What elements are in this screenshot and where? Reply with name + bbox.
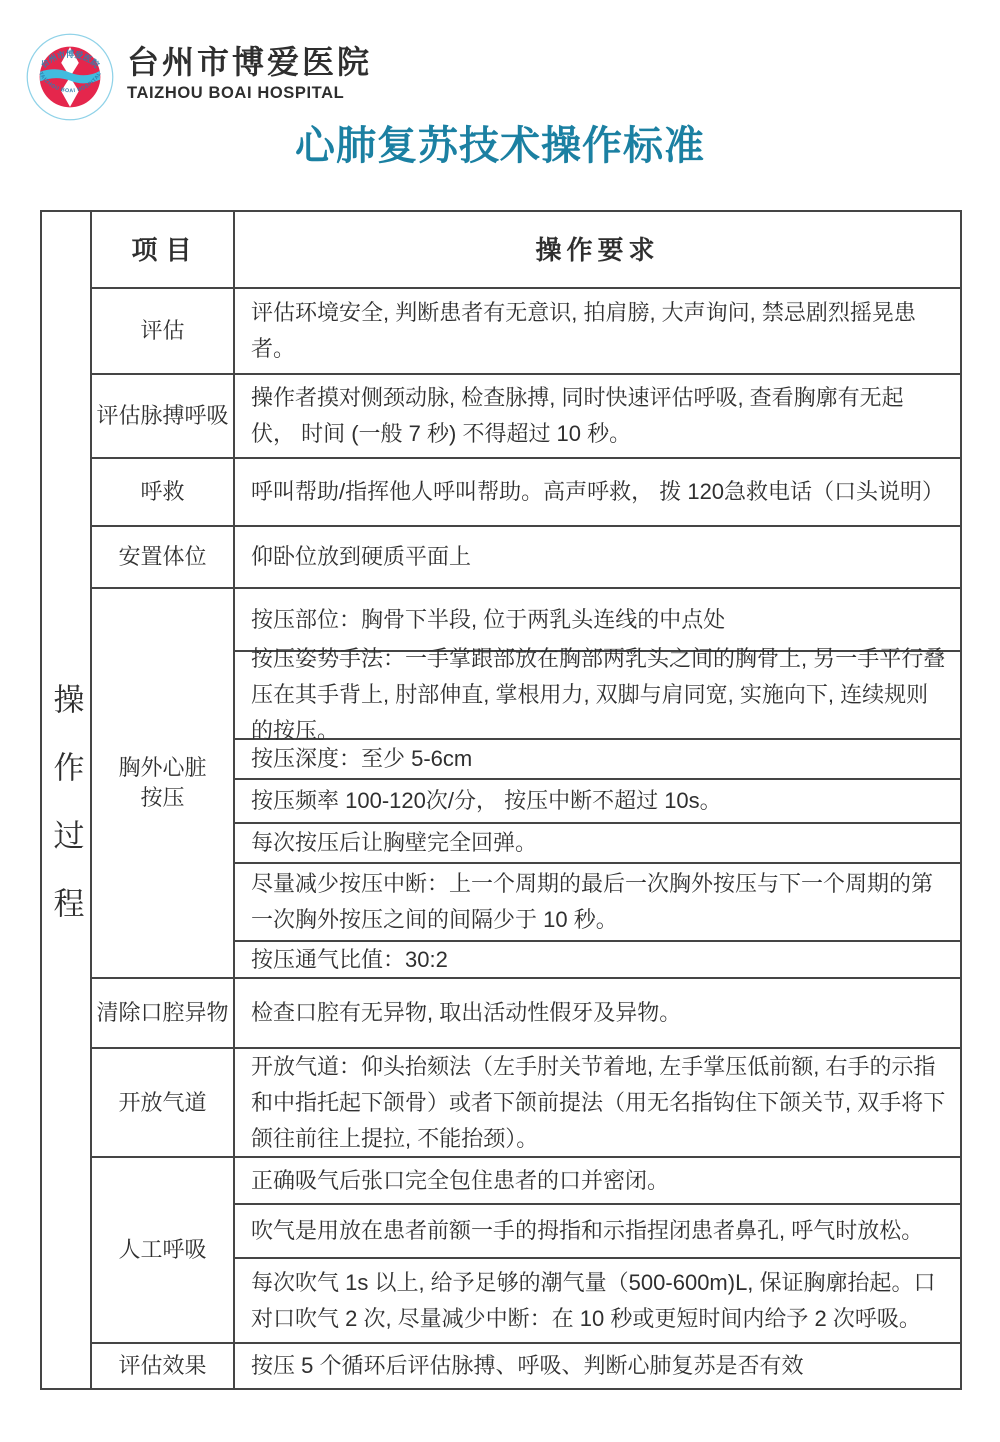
page-title: 心肺复苏技术操作标准 (0, 123, 1000, 169)
req-cell: 尽量减少按压中断：上一个周期的最后一次胸外按压与下一个周期的第一次胸外按压之间的… (235, 864, 962, 942)
req-cell: 按压姿势手法：一手掌跟部放在胸部两乳头之间的胸骨上, 另一手平行叠压在其手背上,… (235, 652, 962, 740)
item-cell: 评估效果 (92, 1344, 235, 1390)
item-cell: 清除口腔异物 (92, 979, 235, 1049)
req-cell: 按压通气比值：30:2 (235, 942, 962, 979)
req-cell: 评估环境安全, 判断患者有无意识, 拍肩膀, 大声询问, 禁忌剧烈摇晃患者。 (235, 289, 962, 375)
hospital-logo-icon: 台州市博爱医院 TAIZHOU BOAI HOSPITAL (26, 33, 114, 121)
sop-table: 操作过程 项目 操作要求 评估 评估环境安全, 判断患者有无意识, 拍肩膀, 大… (40, 210, 962, 1390)
hospital-brand: 台州市博爱医院 TAIZHOU BOAI HOSPITAL (127, 44, 372, 103)
req-cell: 按压 5 个循环后评估脉搏、呼吸、判断心肺复苏是否有效 (235, 1344, 962, 1390)
hospital-name-cn: 台州市博爱医院 (127, 44, 372, 80)
req-cell: 每次吹气 1s 以上, 给予足够的潮气量（500-600m)L, 保证胸廓抬起。… (235, 1259, 962, 1344)
item-cell: 胸外心脏按压 (92, 589, 235, 979)
item-cell: 评估脉搏呼吸 (92, 375, 235, 459)
side-label: 操作过程 (44, 683, 89, 955)
req-cell: 开放气道：仰头抬颏法（左手肘关节着地, 左手掌压低前额, 右手的示指和中指托起下… (235, 1049, 962, 1158)
req-cell: 每次按压后让胸壁完全回弹。 (235, 824, 962, 864)
item-cell: 呼救 (92, 459, 235, 527)
req-cell: 按压深度：至少 5-6cm (235, 740, 962, 780)
column-header-item: 项目 (92, 212, 235, 289)
item-cell: 安置体位 (92, 527, 235, 589)
req-cell: 呼叫帮助/指挥他人呼叫帮助。高声呼救， 拨 120急救电话（口头说明） (235, 459, 962, 527)
req-cell: 仰卧位放到硬质平面上 (235, 527, 962, 589)
item-cell: 开放气道 (92, 1049, 235, 1158)
item-label: 胸外心脏按压 (113, 753, 213, 813)
req-cell: 检查口腔有无异物, 取出活动性假牙及异物。 (235, 979, 962, 1049)
req-cell: 按压频率 100-120次/分， 按压中断不超过 10s。 (235, 780, 962, 824)
hospital-name-en: TAIZHOU BOAI HOSPITAL (127, 84, 372, 103)
req-cell: 吹气是用放在患者前额一手的拇指和示指捏闭患者鼻孔, 呼气时放松。 (235, 1205, 962, 1259)
req-cell: 操作者摸对侧颈动脉, 检查脉搏, 同时快速评估呼吸, 查看胸廓有无起伏， 时间 … (235, 375, 962, 459)
side-label-cell: 操作过程 (42, 212, 92, 1390)
column-header-req: 操作要求 (235, 212, 962, 289)
item-cell: 评估 (92, 289, 235, 375)
item-cell: 人工呼吸 (92, 1158, 235, 1344)
req-cell: 正确吸气后张口完全包住患者的口并密闭。 (235, 1158, 962, 1205)
document-page: 台州市博爱医院 TAIZHOU BOAI HOSPITAL 台州市博爱医院 TA… (0, 0, 1000, 1442)
